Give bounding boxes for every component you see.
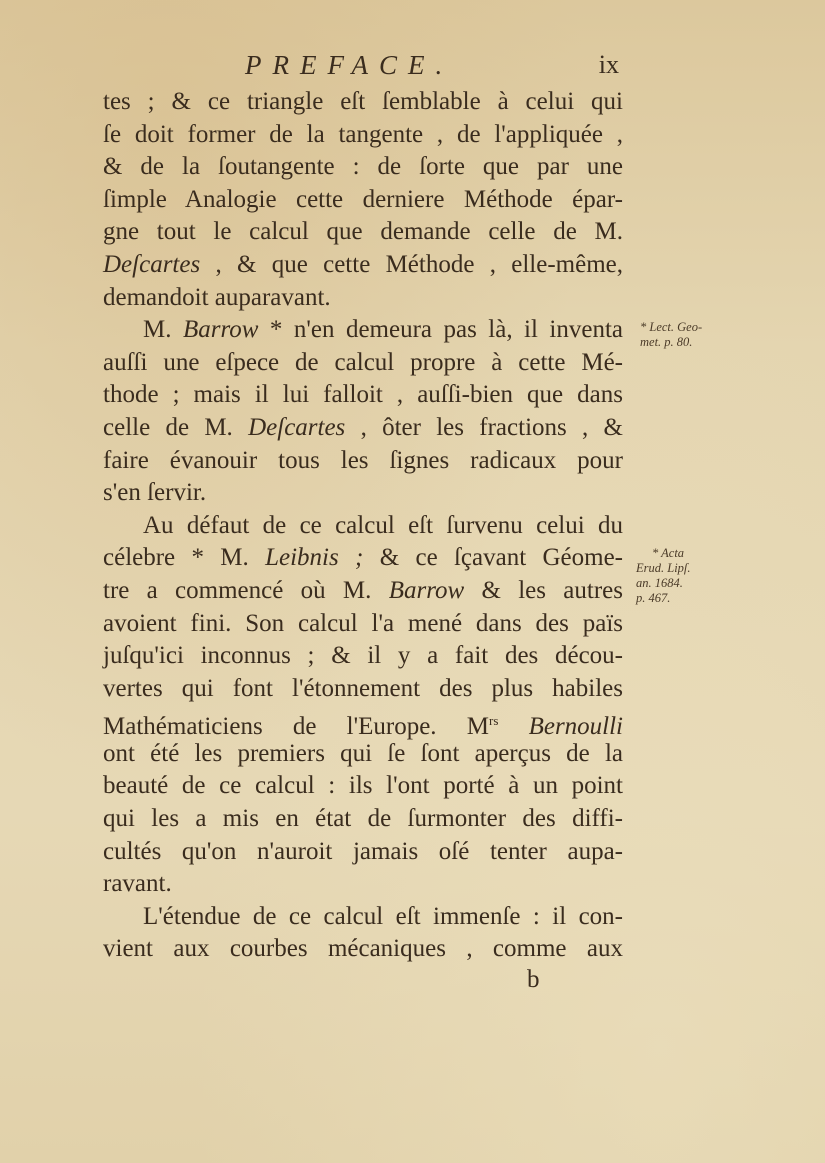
body-text: tes ; & ce triangle eſt ſemblable à celu… [103,86,623,966]
paragraph-start: L'étendue de ce calcul eſt immenſe : il … [103,901,623,934]
margin-note-leibnis: * Acta Erud. Lipſ. an. 1684. p. 467. [636,546,736,606]
text-line: ont été les premiers qui ſe ſont aperçus… [103,738,623,771]
paragraph-start: Au défaut de ce calcul eſt ſurvenu celui… [103,510,623,543]
text-line: ravant. [103,868,623,901]
running-head: PREFACE. ix [245,50,625,86]
paragraph-start: M. Barrow * n'en demeura pas là, il inve… [103,314,623,347]
text-line: demandoit auparavant. [103,282,623,315]
text-line: gne tout le calcul que demande celle de … [103,216,623,249]
book-page: PREFACE. ix tes ; & ce triangle eſt ſemb… [0,0,825,1163]
text-line: vient aux courbes mécaniques , comme aux [103,933,623,966]
text-line: Deſcartes , & que cette Méthode , elle-m… [103,249,623,282]
text-line: faire évanouir tous les ſignes radicaux … [103,445,623,478]
name-bernoulli: Bernoulli [498,713,623,740]
text-line: vertes qui font l'étonnement des plus ha… [103,673,623,706]
text-line: célebre * M. Leibnis ; & ce ſçavant Géom… [103,542,623,575]
text-line: tre a commencé où M. Barrow & les autres [103,575,623,608]
running-title: PREFACE. [245,50,453,81]
text-line: cultés qu'on n'auroit jamais oſé tenter … [103,836,623,869]
name-descartes: Deſcartes [248,414,345,441]
text-line: s'en ſervir. [103,477,623,510]
text-line: ſe doit former de la tangente , de l'app… [103,119,623,152]
page-number: ix [599,50,619,80]
text-line: avoient fini. Son calcul l'a mené dans d… [103,608,623,641]
text-line: ſimple Analogie cette derniere Méthode é… [103,184,623,217]
text-line: Mathématiciens de l'Europe. Mrs Bernoull… [103,705,623,738]
signature-mark: b [527,966,540,994]
margin-note-barrow: * Lect. Geo- met. p. 80. [640,320,740,350]
text-line: beauté de ce calcul : ils l'ont porté à … [103,770,623,803]
text-line: juſqu'ici inconnus ; & il y a fait des d… [103,640,623,673]
text-line: auſſi une eſpece de calcul propre à cett… [103,347,623,380]
name-barrow: Barrow [183,316,258,343]
text-line: celle de M. Deſcartes , ôter les fractio… [103,412,623,445]
name-descartes: Deſcartes [103,251,200,278]
text-line: tes ; & ce triangle eſt ſemblable à celu… [103,86,623,119]
text-line: qui les a mis en état de ſurmonter des d… [103,803,623,836]
name-barrow: Barrow [389,577,464,604]
text-line: & de la ſoutangente : de ſorte que par u… [103,151,623,184]
text-line: thode ; mais il lui falloit , auſſi-bien… [103,379,623,412]
name-leibnis: Leibnis ; [265,544,363,571]
